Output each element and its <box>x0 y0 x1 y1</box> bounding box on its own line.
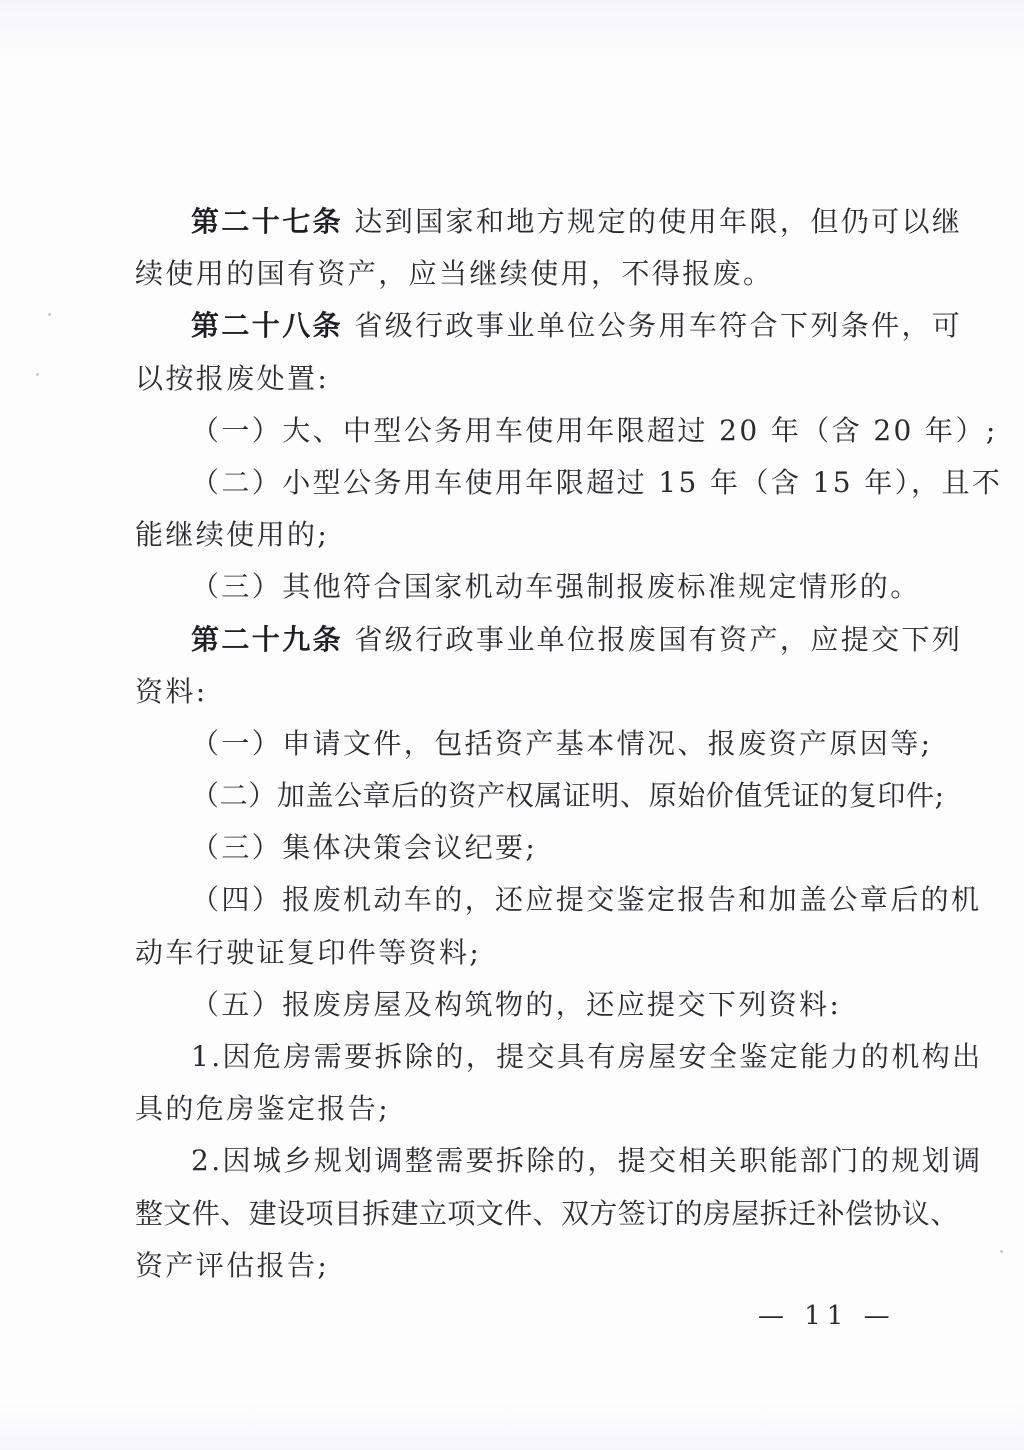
scan-speck <box>48 313 51 316</box>
scan-speck <box>36 373 39 376</box>
article-29-line-2: 资料: <box>135 666 885 718</box>
article-heading: 第二十七条 <box>191 205 343 238</box>
item-28-1: （一）大、中型公务用车使用年限超过 20 年（含 20 年）; <box>135 405 885 457</box>
sub-item-1-line-2: 具的危房鉴定报告; <box>135 1083 885 1135</box>
sub-item-1-line-1: 1.因危房需要拆除的，提交具有房屋安全鉴定能力的机构出 <box>135 1031 885 1083</box>
item-29-4-line-2: 动车行驶证复印件等资料; <box>135 927 885 979</box>
sub-item-2-line-2: 整文件、建设项目拆建立项文件、双方签订的房屋拆迁补偿协议、 <box>135 1188 885 1240</box>
document-page: 第二十七条 达到国家和地方规定的使用年限，但仍可以继 续使用的国有资产，应当继续… <box>0 0 1024 1450</box>
scan-speck <box>1000 1250 1003 1253</box>
article-28-line-2: 以按报废处置: <box>135 353 885 405</box>
sub-item-2-line-3: 资产评估报告; <box>135 1240 885 1292</box>
article-27-line-1: 第二十七条 达到国家和地方规定的使用年限，但仍可以继 <box>135 196 885 248</box>
item-29-3: （三）集体决策会议纪要; <box>135 822 885 874</box>
item-28-2-line-2: 能继续使用的; <box>135 509 885 561</box>
item-29-1: （一）申请文件，包括资产基本情况、报废资产原因等; <box>135 718 885 770</box>
article-27-line-2: 续使用的国有资产，应当继续使用，不得报废。 <box>135 248 885 300</box>
page-number: — 11 — <box>758 1301 896 1331</box>
article-28-line-1: 第二十八条 省级行政事业单位公务用车符合下列条件，可 <box>135 300 885 352</box>
item-29-4-line-1: （四）报废机动车的，还应提交鉴定报告和加盖公章后的机 <box>135 874 885 926</box>
article-heading: 第二十九条 <box>191 623 343 656</box>
item-28-2-line-1: （二）小型公务用车使用年限超过 15 年（含 15 年），且不 <box>135 457 885 509</box>
item-28-3: （三）其他符合国家机动车强制报废标准规定情形的。 <box>135 561 885 613</box>
document-body: 第二十七条 达到国家和地方规定的使用年限，但仍可以继 续使用的国有资产，应当继续… <box>135 196 885 1292</box>
article-heading: 第二十八条 <box>191 309 343 342</box>
sub-item-2-line-1: 2.因城乡规划调整需要拆除的，提交相关职能部门的规划调 <box>135 1135 885 1187</box>
article-29-line-1: 第二十九条 省级行政事业单位报废国有资产，应提交下列 <box>135 614 885 666</box>
item-29-5: （五）报废房屋及构筑物的，还应提交下列资料: <box>135 979 885 1031</box>
item-29-2: （二）加盖公章后的资产权属证明、原始价值凭证的复印件; <box>135 770 885 822</box>
